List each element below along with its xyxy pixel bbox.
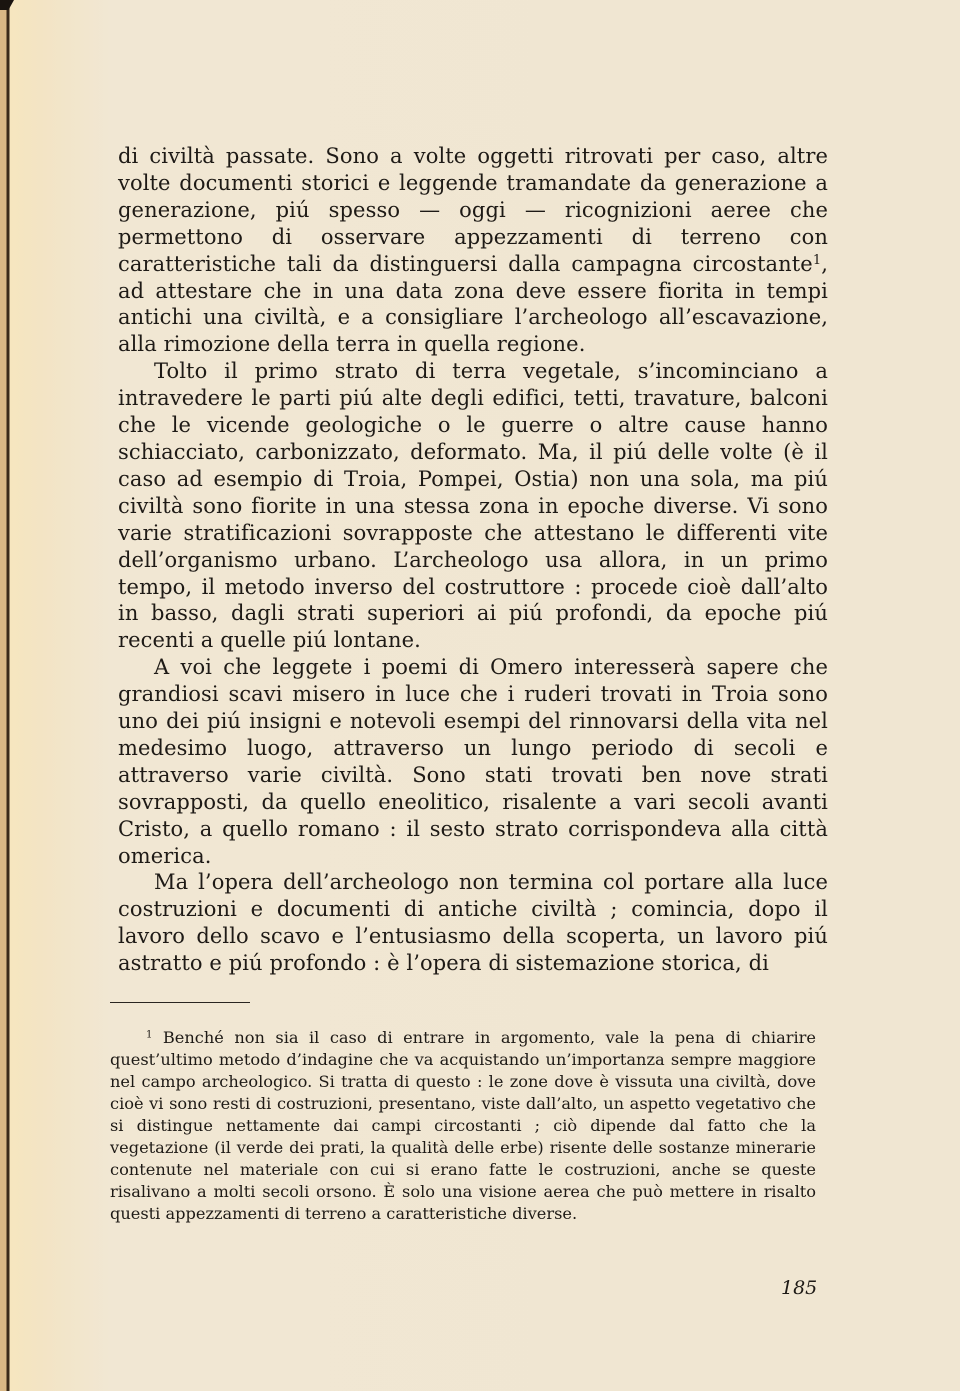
page-number: 185 bbox=[781, 1277, 817, 1299]
paragraph-1-text: di civiltà passate. Sono a volte oggetti… bbox=[118, 144, 828, 276]
footnote-1-text: Benché non sia il caso di entrare in arg… bbox=[110, 1028, 816, 1223]
main-text: di civiltà passate. Sono a volte oggetti… bbox=[118, 143, 828, 977]
footnotes: 1 Benché non sia il caso di entrare in a… bbox=[110, 1027, 816, 1225]
paragraph-2: Tolto il primo strato di terra vegetale,… bbox=[118, 358, 828, 654]
footnote-1: 1 Benché non sia il caso di entrare in a… bbox=[110, 1027, 816, 1225]
footnote-reference: 1 bbox=[813, 252, 821, 267]
book-page: di civiltà passate. Sono a volte oggetti… bbox=[0, 0, 960, 1391]
footnote-divider bbox=[110, 1002, 250, 1003]
paragraph-1: di civiltà passate. Sono a volte oggetti… bbox=[118, 143, 828, 358]
paragraph-4: Ma l’opera dell’archeologo non termina c… bbox=[118, 869, 828, 977]
page-binding-edge bbox=[0, 0, 14, 10]
footnote-marker: 1 bbox=[146, 1029, 152, 1040]
paragraph-3: A voi che leggete i poemi di Omero inter… bbox=[118, 654, 828, 869]
